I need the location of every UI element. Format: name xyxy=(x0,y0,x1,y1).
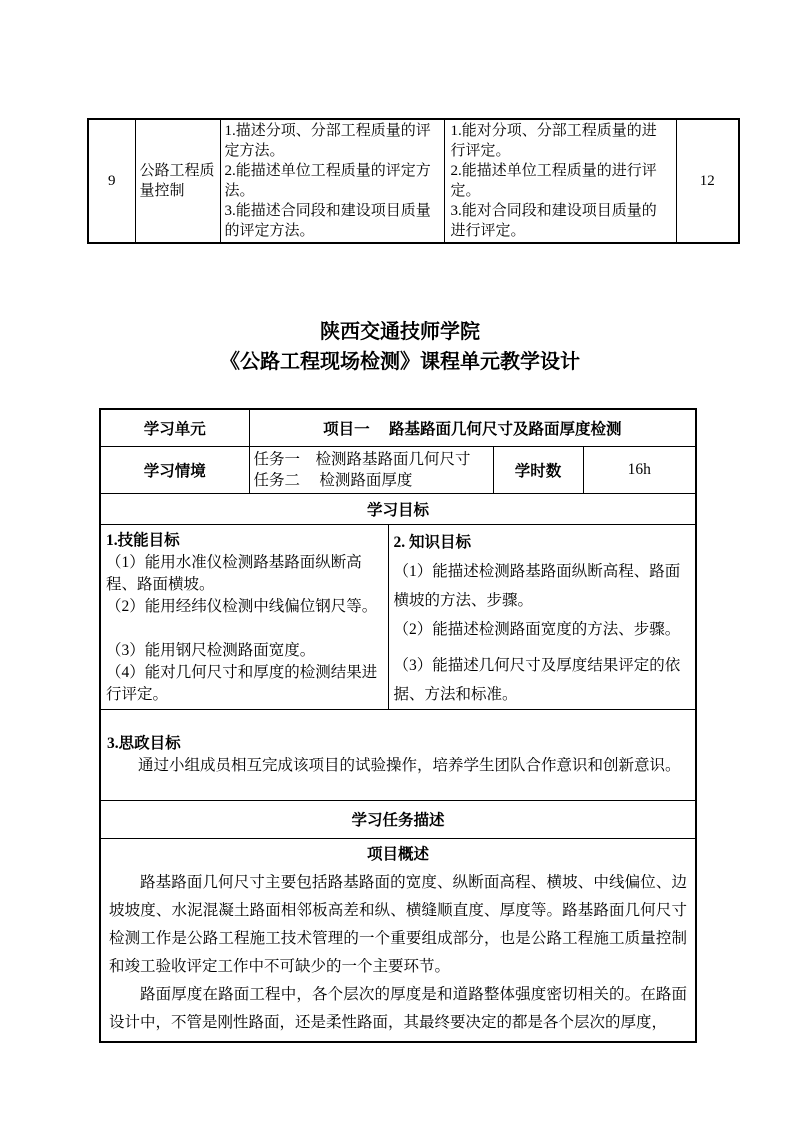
row-number-cell: 9 xyxy=(88,119,135,243)
row-number: 9 xyxy=(108,173,116,189)
goals-header-cell: 学习目标 xyxy=(100,493,696,524)
ability-requirements-cell: 1.能对分项、分部工程质量的进行评定。 2.能描述单位工程质量的进行评定。 3.… xyxy=(444,119,676,243)
table-row: 学习情境 任务一 检测路基路面几何尺寸 任务二 检测路面厚度 学时数 16h xyxy=(100,446,696,493)
knowledge-goal-item: （1）能描述检测路基路面纵断高程、路面横坡的方法、步骤。 xyxy=(394,557,693,615)
describe-item: 1.描述分项、分部工程质量的评定方法。 xyxy=(225,121,440,161)
ability-item: 3.能对合同段和建设项目质量的进行评定。 xyxy=(451,201,670,241)
ideology-goals-heading: 3.思政目标 xyxy=(107,733,689,755)
hours-value: 12 xyxy=(700,173,715,189)
ability-item: 1.能对分项、分部工程质量的进行评定。 xyxy=(451,121,670,161)
skill-goal-item: （3）能用钢尺检测路面宽度。 xyxy=(106,640,383,662)
context-label-cell: 学习情境 xyxy=(100,446,249,493)
ability-item: 2.能描述单位工程质量的进行评定。 xyxy=(451,161,670,201)
knowledge-goal-item: （2）能描述检测路面宽度的方法、步骤。 xyxy=(394,615,693,644)
table-row: 学习单元 项目一 路基路面几何尺寸及路面厚度检测 xyxy=(100,409,696,446)
table-row: 9 公路工程质量控制 1.描述分项、分部工程质量的评定方法。 2.能描述单位工程… xyxy=(88,119,739,243)
project-overview-paragraph-1: 路基路面几何尺寸主要包括路基路面的宽度、纵断面高程、横坡、中线偏位、边坡坡度、水… xyxy=(109,869,687,981)
skill-goal-item: （2）能用经纬仪检测中线偏位钢尺等。 xyxy=(106,596,383,618)
document-page: 9 公路工程质量控制 1.描述分项、分部工程质量的评定方法。 2.能描述单位工程… xyxy=(0,0,800,1131)
hours-cell: 12 xyxy=(676,119,739,243)
course-design-title: 《公路工程现场检测》课程单元教学设计 xyxy=(0,347,800,377)
skill-goals-cell: 1.技能目标 （1）能用水准仪检测路基路面纵断高程、路面横坡。 （2）能用经纬仪… xyxy=(100,524,388,709)
project-overview-heading: 项目概述 xyxy=(109,843,687,867)
tasks-cell: 任务一 检测路基路面几何尺寸 任务二 检测路面厚度 xyxy=(249,446,493,493)
unit-name: 公路工程质量控制 xyxy=(140,163,215,199)
ideology-goals-cell: 3.思政目标 通过小组成员相互完成该项目的试验操作，培养学生团队合作意识和创新意… xyxy=(100,709,696,800)
hours-label-cell: 学时数 xyxy=(493,446,583,493)
top-continuation-table: 9 公路工程质量控制 1.描述分项、分部工程质量的评定方法。 2.能描述单位工程… xyxy=(87,118,740,244)
table-row: 学习目标 xyxy=(100,493,696,524)
describe-requirements-cell: 1.描述分项、分部工程质量的评定方法。 2.能描述单位工程质量的评定方法。 3.… xyxy=(220,119,444,243)
unit-label: 学习单元 xyxy=(144,421,206,438)
context-label: 学习情境 xyxy=(144,463,206,480)
describe-item: 3.能描述合同段和建设项目质量的评定方法。 xyxy=(225,201,440,241)
project-overview-paragraph-2: 路面厚度在路面工程中，各个层次的厚度是和道路整体强度密切相关的。在路面设计中，不… xyxy=(109,981,687,1037)
ideology-goals-body: 通过小组成员相互完成该项目的试验操作，培养学生团队合作意识和创新意识。 xyxy=(107,755,689,777)
skill-goal-item: （1）能用水准仪检测路基路面纵断高程、路面横坡。 xyxy=(106,552,383,596)
task-item-2: 任务二 检测路面厚度 xyxy=(254,470,489,491)
hours-label: 学时数 xyxy=(515,463,562,480)
hours-value: 16h xyxy=(628,461,651,478)
describe-item: 2.能描述单位工程质量的评定方法。 xyxy=(225,161,440,201)
skill-goal-item: （4）能对几何尺寸和厚度的检测结果进行评定。 xyxy=(106,662,383,706)
table-row: 项目概述 路基路面几何尺寸主要包括路基路面的宽度、纵断面高程、横坡、中线偏位、边… xyxy=(100,838,696,1042)
skill-goals-heading: 1.技能目标 xyxy=(106,530,383,552)
table-row: 学习任务描述 xyxy=(100,800,696,838)
table-row: 1.技能目标 （1）能用水准仪检测路基路面纵断高程、路面横坡。 （2）能用经纬仪… xyxy=(100,524,696,709)
table-row: 3.思政目标 通过小组成员相互完成该项目的试验操作，培养学生团队合作意识和创新意… xyxy=(100,709,696,800)
task-description-header: 学习任务描述 xyxy=(352,812,445,829)
project-title: 项目一 路基路面几何尺寸及路面厚度检测 xyxy=(323,421,621,438)
hours-value-cell: 16h xyxy=(583,446,696,493)
knowledge-goal-item: （3）能描述几何尺寸及厚度结果评定的依据、方法和标准。 xyxy=(394,651,693,709)
knowledge-goals-heading: 2. 知识目标 xyxy=(394,528,693,557)
task-description-header-cell: 学习任务描述 xyxy=(100,800,696,838)
unit-design-table: 学习单元 项目一 路基路面几何尺寸及路面厚度检测 学习情境 任务一 检测路基路面… xyxy=(99,408,697,1043)
document-title-block: 陕西交通技师学院 《公路工程现场检测》课程单元教学设计 xyxy=(0,317,800,377)
unit-name-cell: 公路工程质量控制 xyxy=(135,119,220,243)
project-overview-cell: 项目概述 路基路面几何尺寸主要包括路基路面的宽度、纵断面高程、横坡、中线偏位、边… xyxy=(100,838,696,1042)
knowledge-goals-cell: 2. 知识目标 （1）能描述检测路基路面纵断高程、路面横坡的方法、步骤。 （2）… xyxy=(388,524,696,709)
unit-label-cell: 学习单元 xyxy=(100,409,249,446)
unit-value-cell: 项目一 路基路面几何尺寸及路面厚度检测 xyxy=(249,409,696,446)
task-item-1: 任务一 检测路基路面几何尺寸 xyxy=(254,449,489,470)
goals-header: 学习目标 xyxy=(367,502,429,519)
school-name: 陕西交通技师学院 xyxy=(0,317,800,347)
